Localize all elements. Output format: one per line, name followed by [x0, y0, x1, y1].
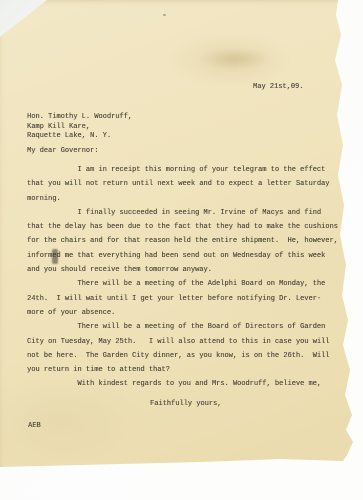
paper-stain — [200, 48, 270, 70]
salutation: My dear Governor: — [27, 146, 98, 156]
letter-scan: May 21st,09. Hon. Timothy L. Woodruff, K… — [0, 0, 363, 500]
letter-date: May 21st,09. — [253, 82, 303, 92]
paper-speck — [163, 14, 166, 16]
typist-initials: AEB — [28, 421, 41, 431]
ink-blot — [52, 249, 58, 264]
closing-line: Faithfully yours, — [150, 399, 221, 409]
letter-paper: May 21st,09. Hon. Timothy L. Woodruff, K… — [0, 0, 363, 500]
recipient-address: Hon. Timothy L. Woodruff, Kamp Kill Kare… — [27, 113, 132, 142]
letter-body: I am in receipt this morning of your tel… — [27, 163, 338, 392]
